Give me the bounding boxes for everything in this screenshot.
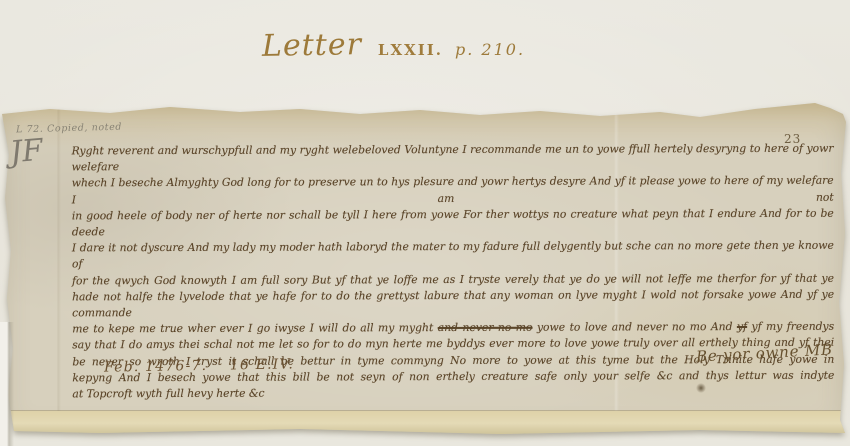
line-text: Ryght reverent and wurschypfull and my r… xyxy=(72,142,834,174)
line-text: hade not halfe the lyvelode that ye hafe… xyxy=(72,287,834,319)
line-text: whech I beseche Almyghty God long for to… xyxy=(72,174,834,206)
line-text: in good heele of body ner of herte nor s… xyxy=(72,206,834,238)
manuscript-sheet: Ryght reverent and wurschypfull and my r… xyxy=(0,102,848,436)
manuscript-line: whech I beseche Almyghty God long for to… xyxy=(72,173,834,208)
struck-text: and never no mo xyxy=(438,321,533,334)
line-text: at Topcroft wyth full hevy herte &c xyxy=(72,387,264,401)
manuscript-line: at Topcroft wyth full hevy herte &c xyxy=(72,384,834,403)
manuscript-line: I dare it not dyscure And my lady my mod… xyxy=(72,238,834,273)
page-caption: Letter LXXII. p. 210. xyxy=(262,28,525,63)
manuscript-line: in good heele of body ner of herte nor s… xyxy=(72,205,834,240)
line-text: me to kepe me true wher ever I go iwyse … xyxy=(72,321,438,335)
manuscript-sheet-wrapper: Ryght reverent and wurschypfull and my r… xyxy=(0,102,850,438)
folio-number: 23 xyxy=(784,132,801,146)
struck-text: yf xyxy=(737,320,747,333)
album-page-photo: Letter LXXII. p. 210. L 72. Copied, note… xyxy=(0,0,850,446)
manuscript-line: Ryght reverent and wurschypfull and my r… xyxy=(72,141,834,176)
album-page-edge xyxy=(0,322,14,446)
line-text: for the qwych God knowyth I am full sory… xyxy=(72,271,834,287)
caption-letter-number: LXXII. xyxy=(378,41,443,59)
manuscript-line: hade not halfe the lyvelode that ye hafe… xyxy=(72,286,834,321)
pencil-monogram: JF xyxy=(9,133,45,171)
line-text: yowe to love and never no mo And xyxy=(532,320,736,334)
date-endorsement: Feb. 1476-7. 16 E.IV. xyxy=(104,356,294,375)
caption-letter-word: Letter xyxy=(262,27,362,64)
caption-page-number: p. 210. xyxy=(455,40,525,59)
line-text: yf my freendys xyxy=(747,320,834,333)
line-text: I dare it not dyscure And my lady my mod… xyxy=(72,239,834,271)
